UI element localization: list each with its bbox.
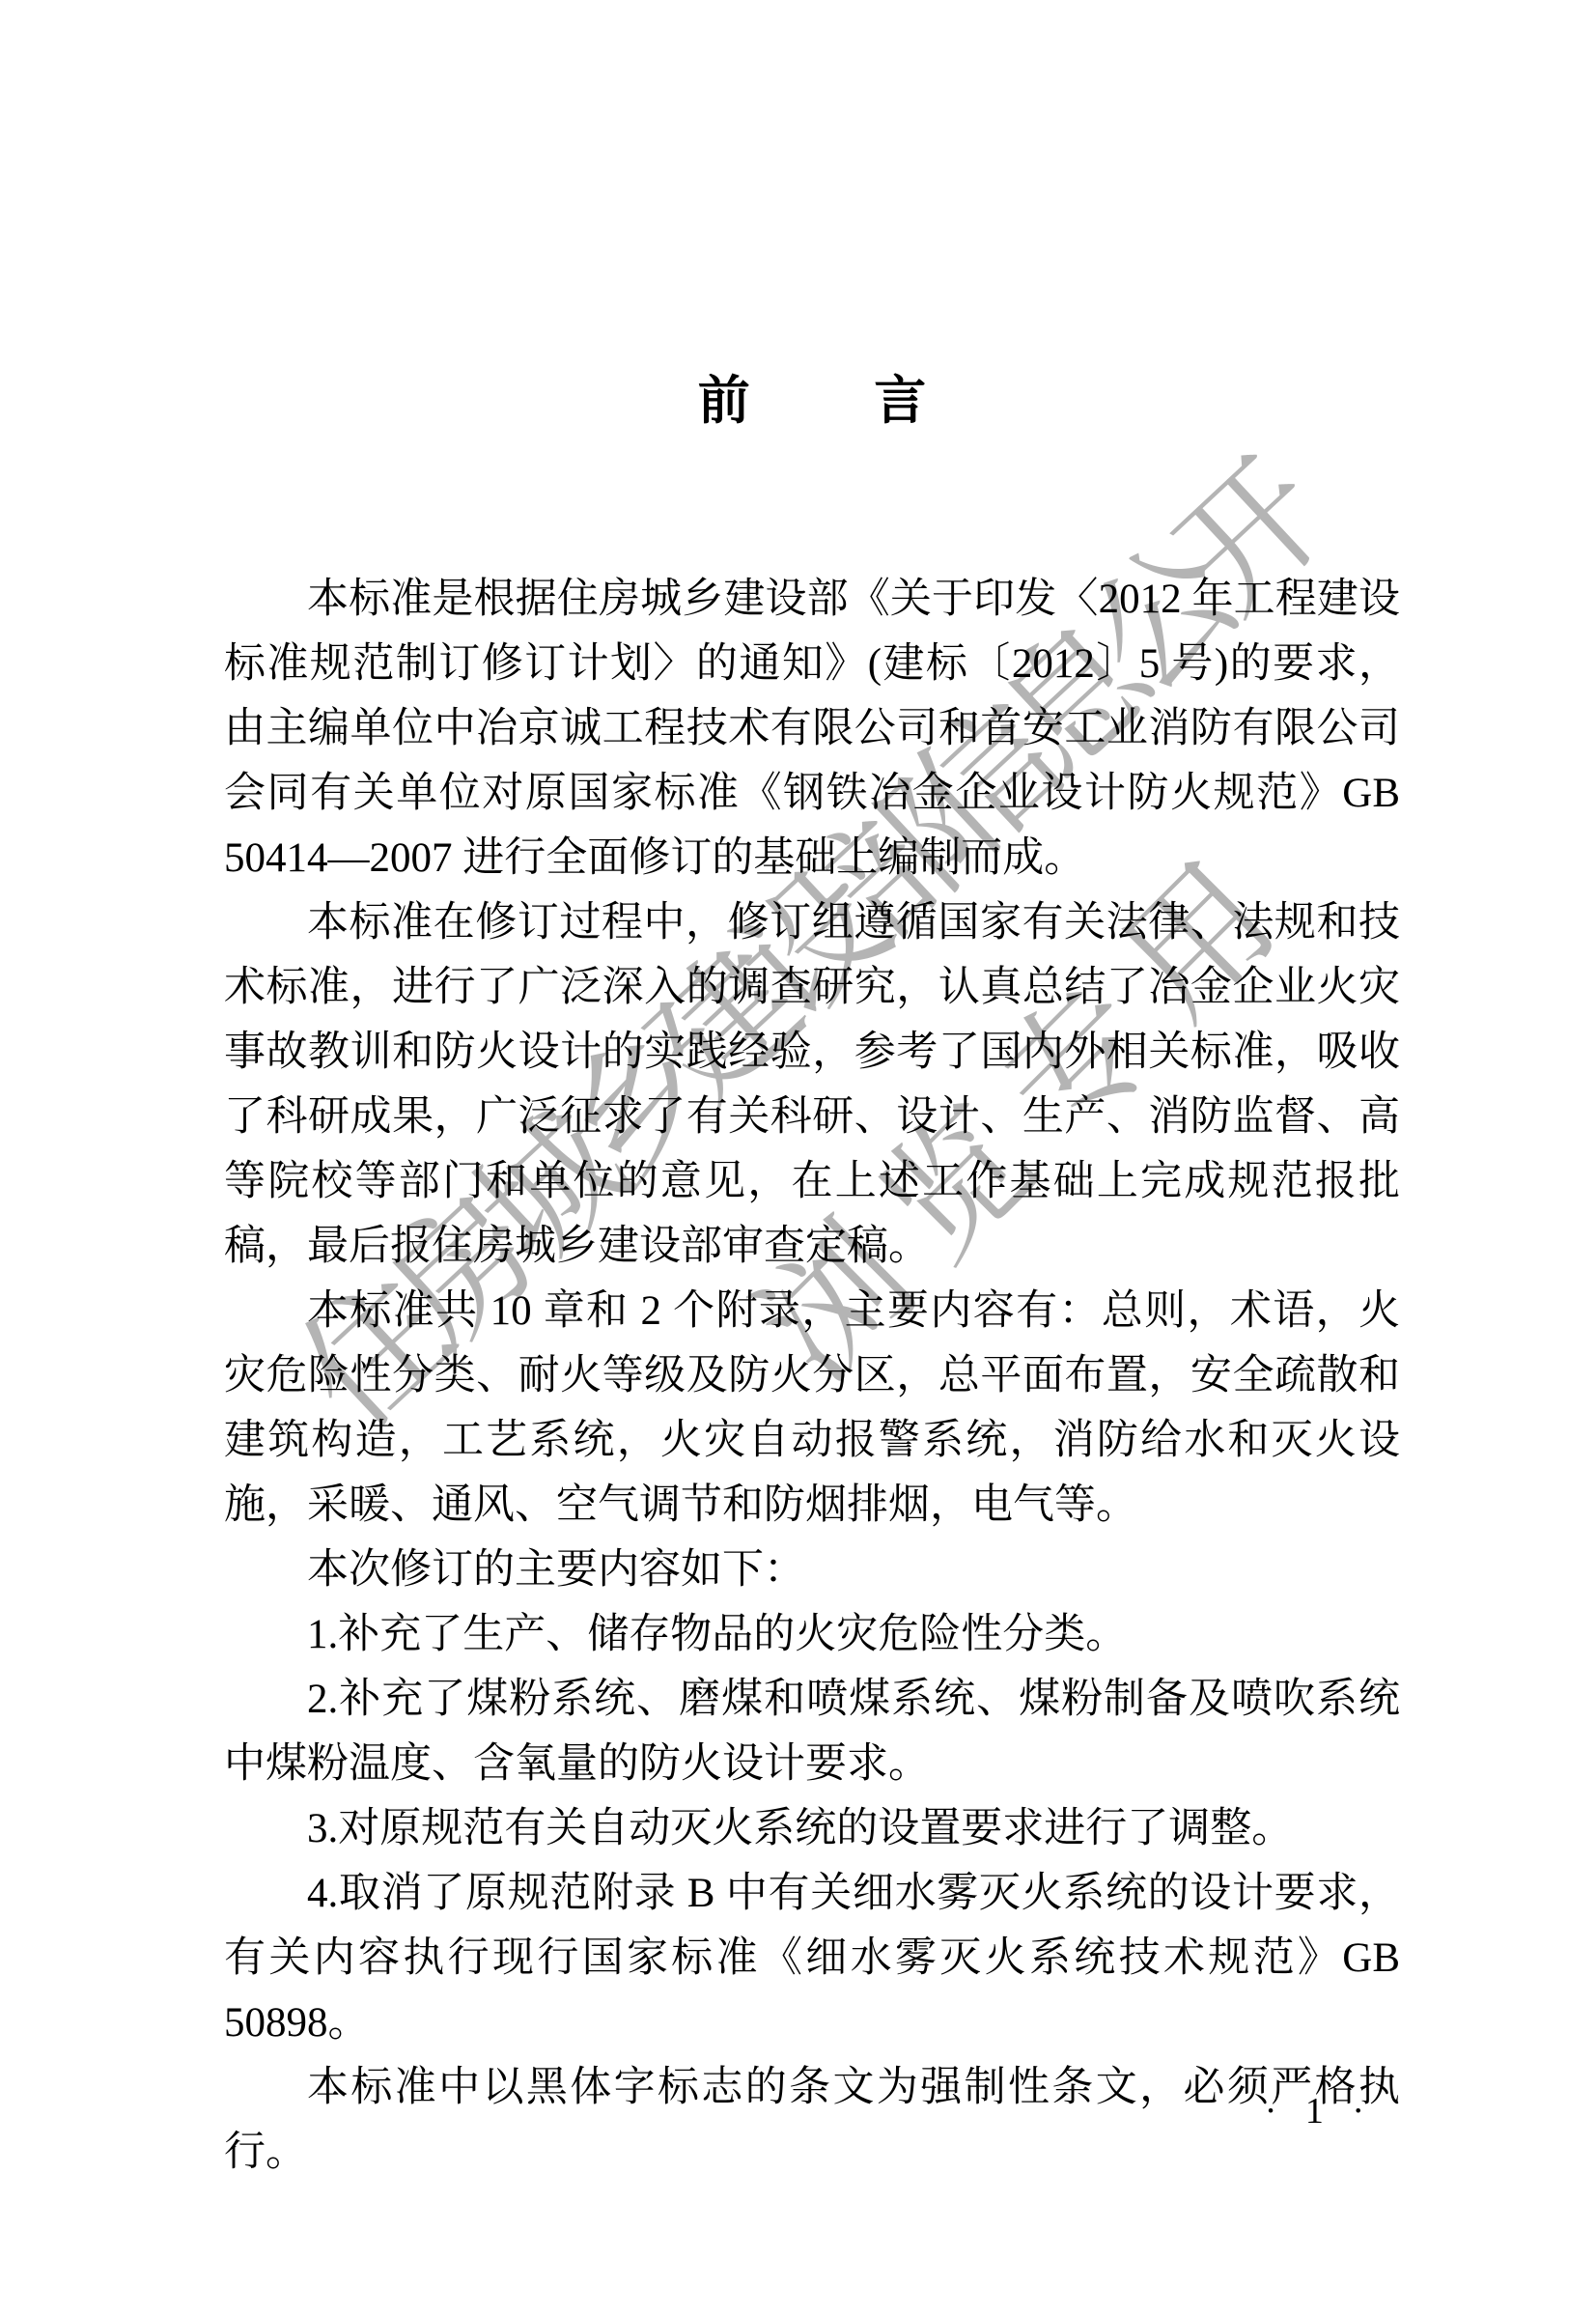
page-title: 前 言 <box>224 371 1400 431</box>
paragraph: 2.补充了煤粉系统、磨煤和喷煤系统、煤粉制备及喷吹系统中煤粉温度、含氧量的防火设… <box>224 1667 1400 1796</box>
paragraph: 4.取消了原规范附录 B 中有关细水雾灭火系统的设计要求，有关内容执行现行国家标… <box>224 1861 1400 2055</box>
body-text: 本标准是根据住房城乡建设部《关于印发〈2012 年工程建设标准规范制订修订计划〉… <box>224 567 1400 2185</box>
document-page: 住房城乡建设部信息公开 浏览专用 前 言 本标准是根据住房城乡建设部《关于印发〈… <box>0 0 1596 2315</box>
paragraph: 1.补充了生产、储存物品的火灾危险性分类。 <box>224 1602 1400 1667</box>
paragraph: 本标准共 10 章和 2 个附录，主要内容有：总则，术语，火灾危险性分类、耐火等… <box>224 1279 1400 1538</box>
paragraph: 本标准是根据住房城乡建设部《关于印发〈2012 年工程建设标准规范制订修订计划〉… <box>224 567 1400 890</box>
paragraph: 3.对原规范有关自动灭火系统的设置要求进行了调整。 <box>224 1796 1400 1861</box>
paragraph: 本标准中以黑体字标志的条文为强制性条文，必须严格执行。 <box>224 2055 1400 2185</box>
paragraph: 本标准在修订过程中，修订组遵循国家有关法律、法规和技术标准，进行了广泛深入的调查… <box>224 890 1400 1279</box>
text-column: 前 言 本标准是根据住房城乡建设部《关于印发〈2012 年工程建设标准规范制订修… <box>224 0 1400 2185</box>
page-number: · 1 · <box>1265 2090 1374 2132</box>
paragraph: 本次修订的主要内容如下： <box>224 1538 1400 1602</box>
